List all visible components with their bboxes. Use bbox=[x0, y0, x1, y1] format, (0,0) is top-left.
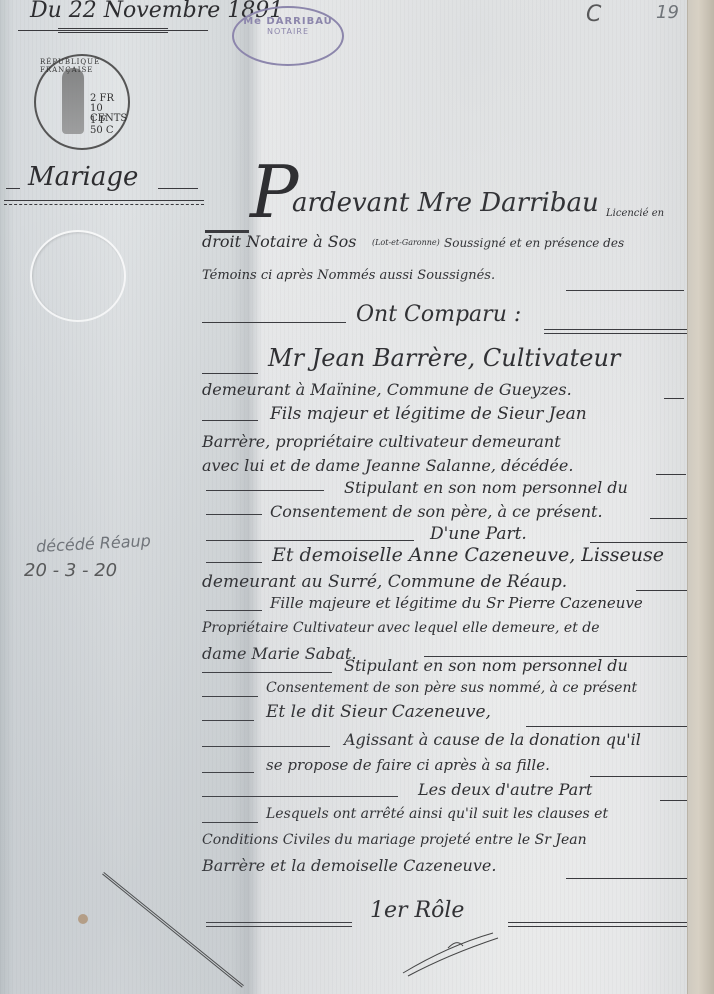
section-title: Mariage bbox=[28, 162, 138, 192]
intro-line-2-rest: Soussigné et en présence des bbox=[444, 236, 624, 250]
page-mark: C bbox=[586, 2, 601, 27]
line-lead-rule bbox=[202, 746, 330, 747]
body-line-15: Consentement de son père sus nommé, à ce… bbox=[266, 680, 637, 696]
page-edge bbox=[687, 0, 714, 994]
role-rule-left bbox=[206, 922, 352, 927]
body-line-17: Agissant à cause de la donation qu'il bbox=[344, 730, 641, 749]
line-tail-rule bbox=[566, 878, 696, 879]
comparu-rule-right bbox=[544, 329, 688, 334]
title-rule-left bbox=[6, 188, 20, 189]
line-tail-rule bbox=[656, 474, 686, 475]
cancellation-diagonal-line bbox=[102, 872, 244, 988]
ont-comparu-heading: Ont Comparu : bbox=[356, 302, 521, 327]
intro-line-3: Témoins ci après Nommés aussi Soussignés… bbox=[202, 268, 495, 283]
body-line-21: Conditions Civiles du mariage projeté en… bbox=[202, 832, 587, 848]
body-line-3: Fils majeur et légitime de Sieur Jean bbox=[270, 404, 587, 424]
line-lead-rule bbox=[206, 562, 262, 563]
title-rule-right bbox=[158, 188, 198, 189]
body-line-20: Lesquels ont arrêté ainsi qu'il suit les… bbox=[266, 806, 608, 822]
line-lead-rule bbox=[202, 796, 398, 797]
margin-note-line-2: 20 - 3 - 20 bbox=[24, 560, 117, 581]
body-line-13: dame Marie Sabat. bbox=[202, 644, 357, 663]
line-tail-rule bbox=[590, 542, 688, 543]
margin-note-line-1: décédé Réaup bbox=[36, 531, 152, 556]
body-line-2: demeurant à Maïnine, Commune de Gueyzes. bbox=[202, 380, 572, 399]
body-line-6: Stipulant en son nom personnel du bbox=[344, 478, 628, 497]
line-tail-rule bbox=[636, 590, 688, 591]
line-lead-rule bbox=[206, 514, 262, 515]
intro-line-3-rule bbox=[566, 290, 684, 291]
paraph-icon bbox=[398, 928, 508, 978]
line-lead-rule bbox=[206, 610, 262, 611]
body-line-18: se propose de faire ci après à sa fille. bbox=[266, 756, 550, 774]
body-line-12: Propriétaire Cultivateur avec lequel ell… bbox=[202, 620, 600, 636]
body-line-10: demeurant au Surré, Commune de Réaup. bbox=[202, 572, 567, 592]
body-line-19: Les deux d'autre Part bbox=[418, 780, 592, 799]
line-lead-rule bbox=[202, 772, 254, 773]
line-lead-rule bbox=[202, 373, 258, 374]
body-line-11: Fille majeure et légitime du Sr Pierre C… bbox=[270, 594, 643, 612]
date-double-rule bbox=[58, 28, 168, 33]
line-lead-rule bbox=[202, 696, 258, 697]
body-line-9: Et demoiselle Anne Cazeneuve, Lisseuse bbox=[272, 544, 664, 566]
line-lead-rule bbox=[202, 822, 258, 823]
line-lead-rule bbox=[202, 720, 254, 721]
line-tail-rule bbox=[590, 776, 694, 777]
role-rule-right bbox=[508, 922, 688, 927]
intro-line-1: ardevant Mre Darribau bbox=[292, 188, 599, 218]
intro-line-2-small: (Lot-et-Garonne) bbox=[372, 238, 440, 247]
line-lead-rule bbox=[206, 490, 324, 491]
ink-stain bbox=[78, 914, 88, 924]
line-lead-rule bbox=[202, 420, 258, 421]
body-line-7: Consentement de son père, à ce présent. bbox=[270, 502, 603, 521]
line-tail-rule bbox=[664, 398, 684, 399]
notary-stamp: Me DARRIBAU NOTAIRE bbox=[232, 6, 344, 66]
marianne-figure-icon bbox=[62, 68, 84, 134]
body-line-22: Barrère et la demoiselle Cazeneuve. bbox=[202, 856, 496, 875]
document-page: Du 22 Novembre 1891 Me DARRIBAU NOTAIRE … bbox=[0, 0, 700, 994]
folio-number: 19 bbox=[656, 2, 679, 23]
comparu-rule-left bbox=[202, 322, 346, 323]
line-tail-rule bbox=[526, 726, 694, 727]
body-line-16: Et le dit Sieur Cazeneuve, bbox=[266, 702, 491, 722]
body-line-5: avec lui et de dame Jeanne Salanne, décé… bbox=[202, 456, 573, 475]
body-line-14: Stipulant en son nom personnel du bbox=[344, 656, 628, 675]
body-line-1: Mr Jean Barrère, Cultivateur bbox=[268, 344, 620, 372]
body-line-8: D'une Part. bbox=[430, 524, 527, 544]
intro-line-1-suffix: Licencié en bbox=[606, 208, 664, 219]
intro-line-2: droit Notaire à Sos bbox=[202, 232, 357, 251]
title-double-rule bbox=[4, 200, 204, 205]
tax-stamp: RÉPUBLIQUE FRANÇAISE 2 FR 10 CENTS 1 F 5… bbox=[34, 54, 130, 150]
line-lead-rule bbox=[202, 672, 332, 673]
role-label: 1er Rôle bbox=[370, 898, 464, 923]
body-line-4: Barrère, propriétaire cultivateur demeur… bbox=[202, 432, 561, 451]
line-lead-rule bbox=[206, 540, 414, 541]
embossed-seal bbox=[30, 230, 126, 322]
